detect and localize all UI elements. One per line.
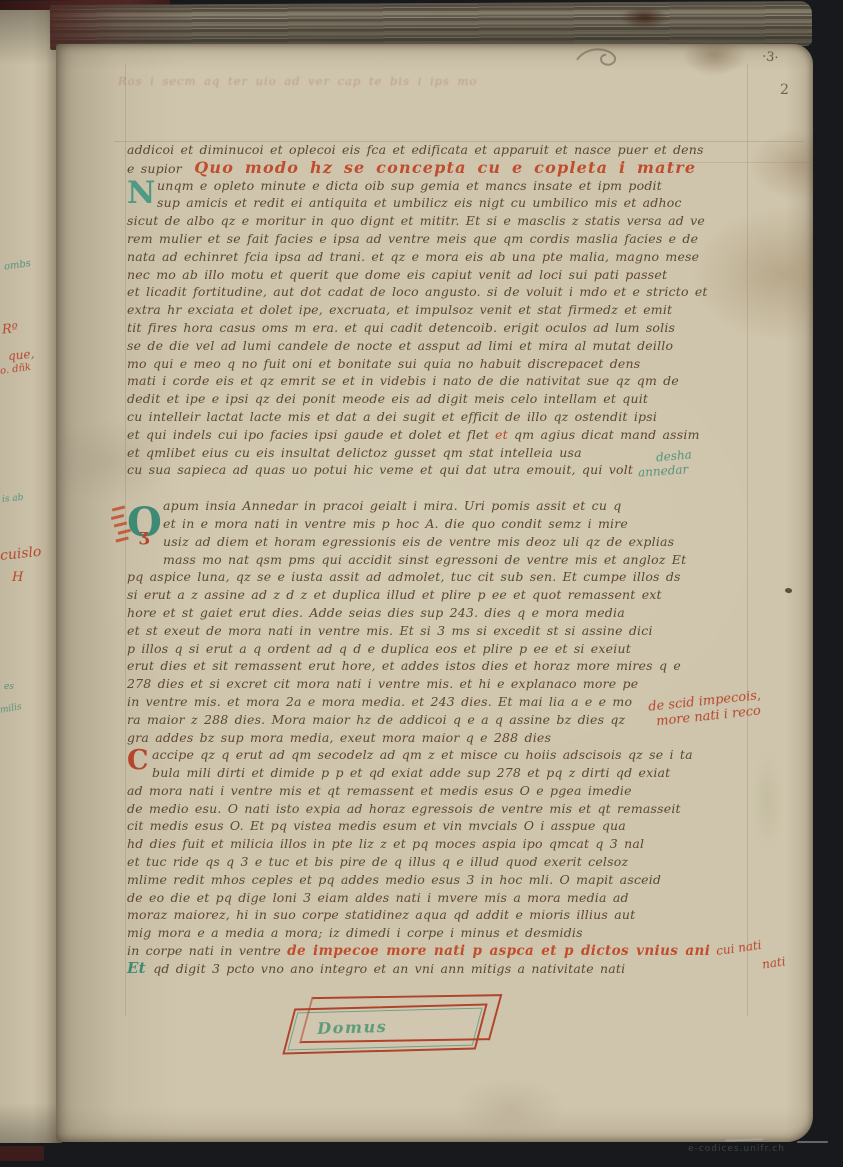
illuminated-initial: N	[127, 177, 157, 212]
gutter-margin-fragment: is ab	[2, 493, 24, 505]
manuscript-text-line: mass mo nat qsm pms qui accidit sinst eg…	[127, 551, 751, 569]
manuscript-text-line: unqm e opleto minute e dicta oib sup gem…	[127, 177, 751, 195]
manuscript-text-line: de eo die et pq dige loni 3 eiam aldes n…	[127, 889, 751, 907]
manuscript-text-line: mlime redit mhos ceples et pq addes medi…	[127, 871, 751, 889]
photo-backdrop: ombsRºque,o. dñkis abcuisloHesmilis Ros …	[0, 0, 843, 1167]
gutter-margin-fragment: o. dñk	[0, 362, 32, 377]
manuscript-text-line: nata ad echinret fcia ipsa ad trani. et …	[127, 248, 751, 266]
pen-trial-mark	[575, 43, 624, 71]
manuscript-text-line: e supior Quo modo hz se concepta cu e co…	[127, 159, 751, 177]
manuscript-text-line: extra hr exciata et dolet ipe, excruata,…	[127, 301, 751, 319]
manuscript-text-line: apum insia Annedar in pracoi geialt i mi…	[127, 497, 751, 515]
gutter-margin-fragment: ombs	[3, 258, 31, 273]
manuscript-text-line: bula mili dirti et dimide p p et qd exia…	[127, 764, 751, 782]
manuscript-text-line: in corpe nati in ventre de impecoe more …	[127, 942, 751, 960]
gutter-margin-fragment: cuislo	[0, 544, 42, 564]
manuscript-text-line: et licadit fortitudine, aut dot cadat de…	[127, 283, 751, 301]
manuscript-text-line: mig mora e a media a mora; iz dimedi i c…	[127, 924, 751, 942]
manuscript-text-line: addicoi et diminucoi et oplecoi eis fca …	[127, 141, 751, 159]
manuscript-text-line: si erut a z assine ad z d z et duplica i…	[127, 586, 751, 604]
manuscript-text-line: usiz ad diem et horam egressionis eis de…	[127, 533, 751, 551]
manuscript-text-line: et qui indels cui ipo facies ipsi gaude …	[127, 426, 751, 444]
manuscript-text-line: moraz maiorez, hi in suo corpe statidine…	[127, 906, 751, 924]
manuscript-text-line: ad mora nati i ventre mis et qt remassen…	[127, 782, 751, 800]
manuscript-text-line: cu intelleir lactat lacte mis et dat a d…	[127, 408, 751, 426]
folio-number-ink: ·3·	[761, 49, 779, 66]
manuscript-page: Ros i secm aq ter uio ad ver cap te bis …	[56, 44, 813, 1142]
manuscript-text-line: nec mo ab illo motu et querit que dome e…	[127, 266, 751, 284]
manuscript-text-line: cit medis esus O. Et pq vistea medis esu…	[127, 817, 751, 835]
previous-page-gutter-edge: ombsRºque,o. dñkis abcuisloHesmilis	[0, 10, 62, 1143]
domus-cartouche: Domus	[282, 1003, 487, 1054]
gutter-margin-fragment: H	[12, 570, 23, 585]
manuscript-text-line: se de die vel ad lumi candele de nocte e…	[127, 337, 751, 355]
margin-note: nati	[761, 954, 786, 971]
text-block: addicoi et diminucoi et oplecoi eis fca …	[127, 141, 751, 978]
manuscript-text-line: hore et st gaiet erut dies. Adde seias d…	[127, 604, 751, 622]
manuscript-text-line: et in e mora nati in ventre mis p hoc A.…	[127, 515, 751, 533]
manuscript-text-line: accipe qz q erut ad qm secodelz ad qm z …	[127, 746, 751, 764]
manuscript-text-line: et st exeut de mora nati in ventre mis. …	[127, 622, 751, 640]
manuscript-text-line: Et qd digit 3 pcto vno ano integro et an…	[127, 960, 751, 978]
manuscript-text-line: rem mulier et se fait facies e ipsa ad v…	[127, 230, 751, 248]
backdrop-scratch	[797, 1141, 828, 1143]
gutter-margin-fragment: es	[4, 682, 14, 692]
manuscript-paragraph: addicoi et diminucoi et oplecoi eis fca …	[127, 141, 751, 177]
faded-running-title: Ros i secm aq ter uio ad ver cap te bis …	[118, 74, 678, 88]
manuscript-text-line: pq aspice luna, qz se e iusta assit ad a…	[127, 568, 751, 586]
manuscript-text-line: hd dies fuit et milicia illos in pte liz…	[127, 835, 751, 853]
manuscript-text-line: mo qui e meo q no fuit oni et bonitate s…	[127, 355, 751, 373]
manuscript-text-line: erut dies et sit remassent erut hore, et…	[127, 657, 751, 675]
manuscript-text-line: sicut de albo qz e moritur in quo dignt …	[127, 212, 751, 230]
manuscript-paragraph: Caccipe qz q erut ad qm secodelz ad qm z…	[127, 746, 751, 977]
illuminated-initial: O	[127, 499, 163, 552]
manuscript-text-line: 278 dies et si excret cit mora nati i ve…	[127, 675, 751, 693]
manuscript-text-line: tit fires hora casus oms m era. et qui c…	[127, 319, 751, 337]
ink-spot	[784, 587, 792, 594]
illuminated-initial: C	[127, 746, 152, 780]
manuscript-text-line: p illos q si erut a q ordent ad q d e du…	[127, 640, 751, 658]
gutter-margin-fragment: milis	[0, 702, 22, 716]
gutter-margin-fragment: Rº	[1, 321, 18, 337]
manuscript-text-line: et tuc ride qs q 3 e tuc et bis pire de …	[127, 853, 751, 871]
manuscript-text-line: gra addes bz sup mora media, exeut mora …	[127, 729, 751, 747]
page-block-top-edge	[50, 1, 812, 50]
ruling-line-vertical-left	[125, 64, 126, 1016]
watermark: e-codices.unifr.ch	[688, 1144, 785, 1154]
manuscript-text-line: mati i corde eis et qz emrit se et in vi…	[127, 372, 751, 390]
gutter-margin-fragment: que,	[7, 347, 35, 364]
domus-label: Domus	[317, 1017, 388, 1038]
manuscript-paragraph: Nunqm e opleto minute e dicta oib sup ge…	[127, 177, 751, 480]
manuscript-text-line: de medio esu. O nati isto expia ad horaz…	[127, 800, 751, 818]
manuscript-text-line: sup amicis et redit ei antiquita et umbi…	[127, 194, 751, 212]
manuscript-text-line: dedit et ipe e ipsi qz dei ponit meode e…	[127, 390, 751, 408]
binding-bottom-left	[0, 1146, 44, 1161]
folio-number-pencil: 2	[780, 82, 789, 98]
